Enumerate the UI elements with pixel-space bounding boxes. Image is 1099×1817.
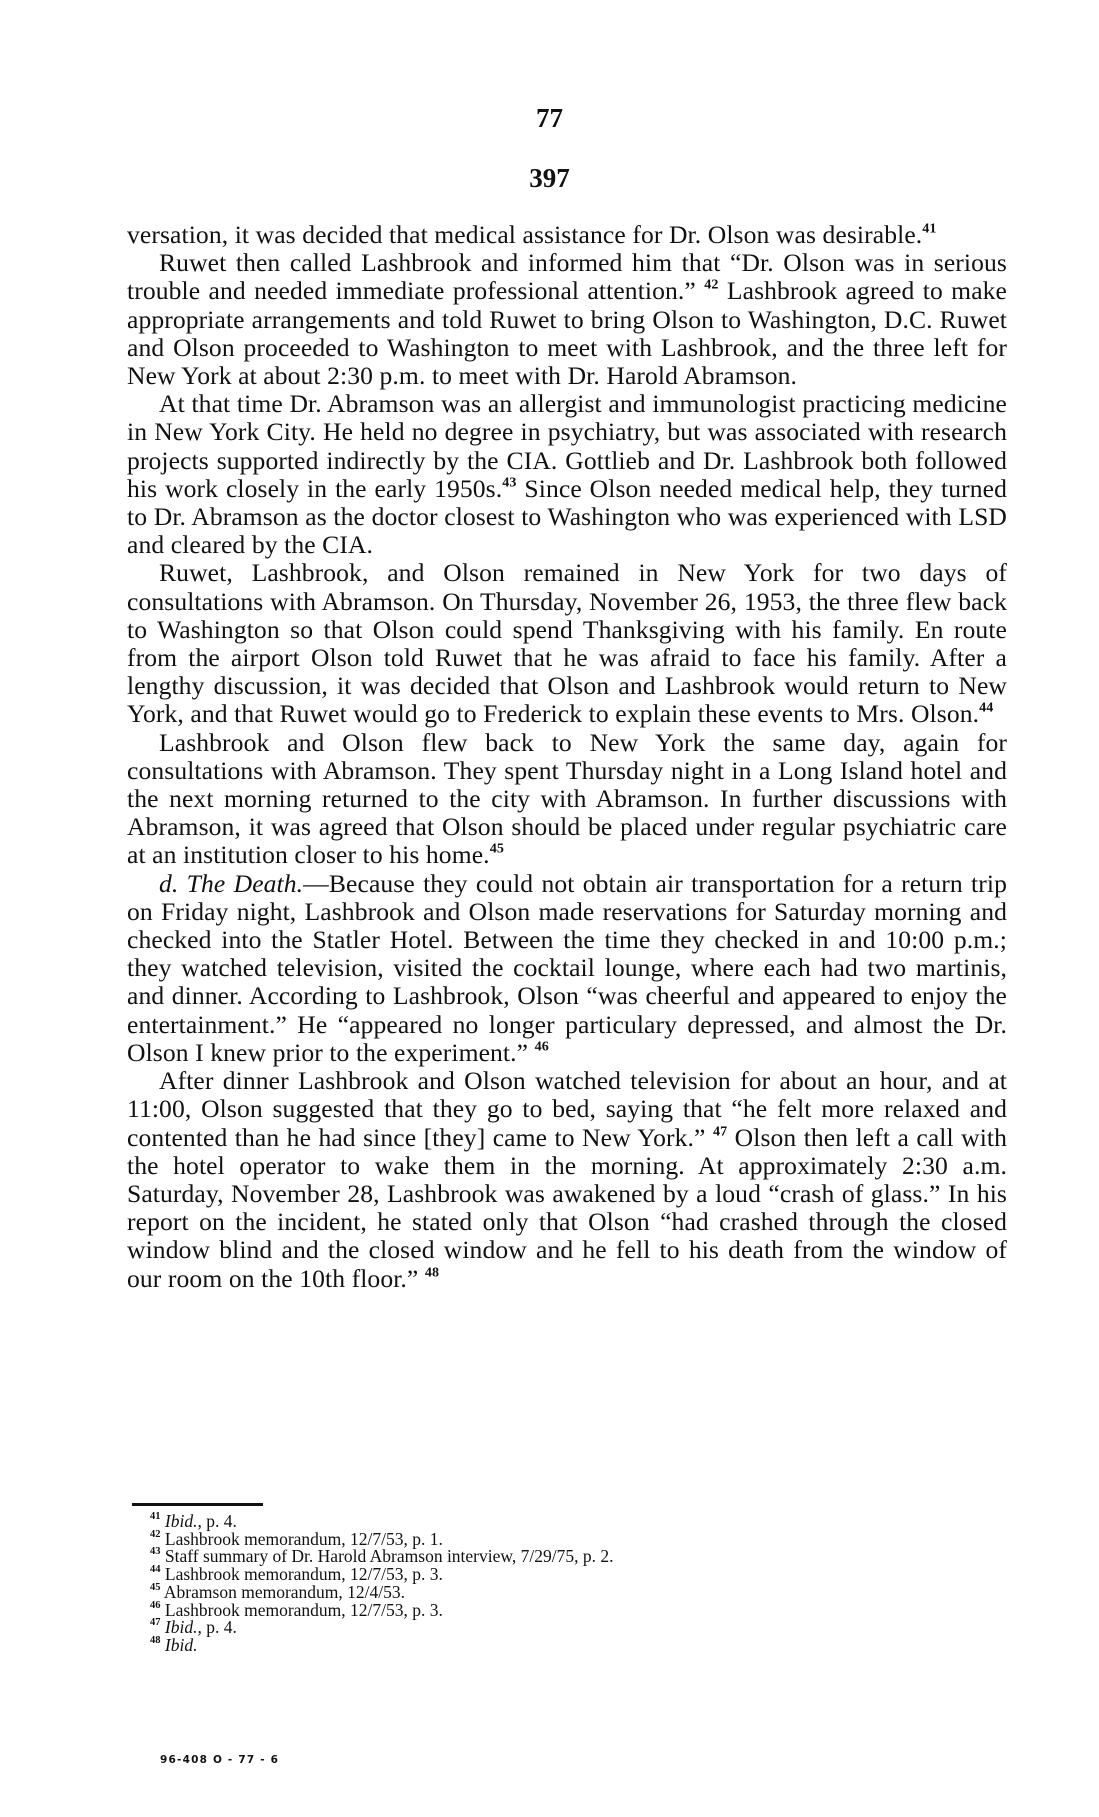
footnote-48: 48 Ibid.: [150, 1637, 614, 1655]
page-number-bottom: 397: [0, 163, 1099, 194]
section-heading: d. The Death.: [159, 869, 303, 898]
footnote-ref: 45: [490, 841, 504, 857]
page-number-top: 77: [0, 103, 1099, 134]
paragraph-3: At that time Dr. Abramson was an allergi…: [127, 390, 1007, 559]
paragraph-4: Ruwet, Lashbrook, and Olson remained in …: [127, 559, 1007, 728]
footnote-ref: 48: [425, 1264, 439, 1280]
paragraph-5: Lashbrook and Olson flew back to New Yor…: [127, 729, 1007, 870]
footnote-ref: 47: [713, 1123, 727, 1139]
footnote-47: 47 Ibid., p. 4.: [150, 1619, 614, 1637]
body-text: versation, it was decided that medical a…: [127, 221, 1007, 1293]
paragraph-1: versation, it was decided that medical a…: [127, 221, 1007, 249]
footnote-divider: [132, 1503, 263, 1506]
footnote-ref: 44: [979, 700, 993, 716]
paragraph-2: Ruwet then called Lashbrook and informed…: [127, 249, 1007, 390]
paragraph-7: After dinner Lashbrook and Olson watched…: [127, 1067, 1007, 1293]
paragraph-6: d. The Death.—Because they could not obt…: [127, 870, 1007, 1067]
printer-code: 96-408 O - 77 - 6: [160, 1754, 279, 1766]
footnote-ref: 43: [502, 474, 516, 490]
footnotes: 41 Ibid., p. 4. 42 Lashbrook memorandum,…: [150, 1513, 614, 1655]
footnote-ref: 42: [704, 277, 718, 293]
footnote-ref: 41: [922, 220, 936, 236]
footnote-ref: 46: [535, 1038, 549, 1054]
